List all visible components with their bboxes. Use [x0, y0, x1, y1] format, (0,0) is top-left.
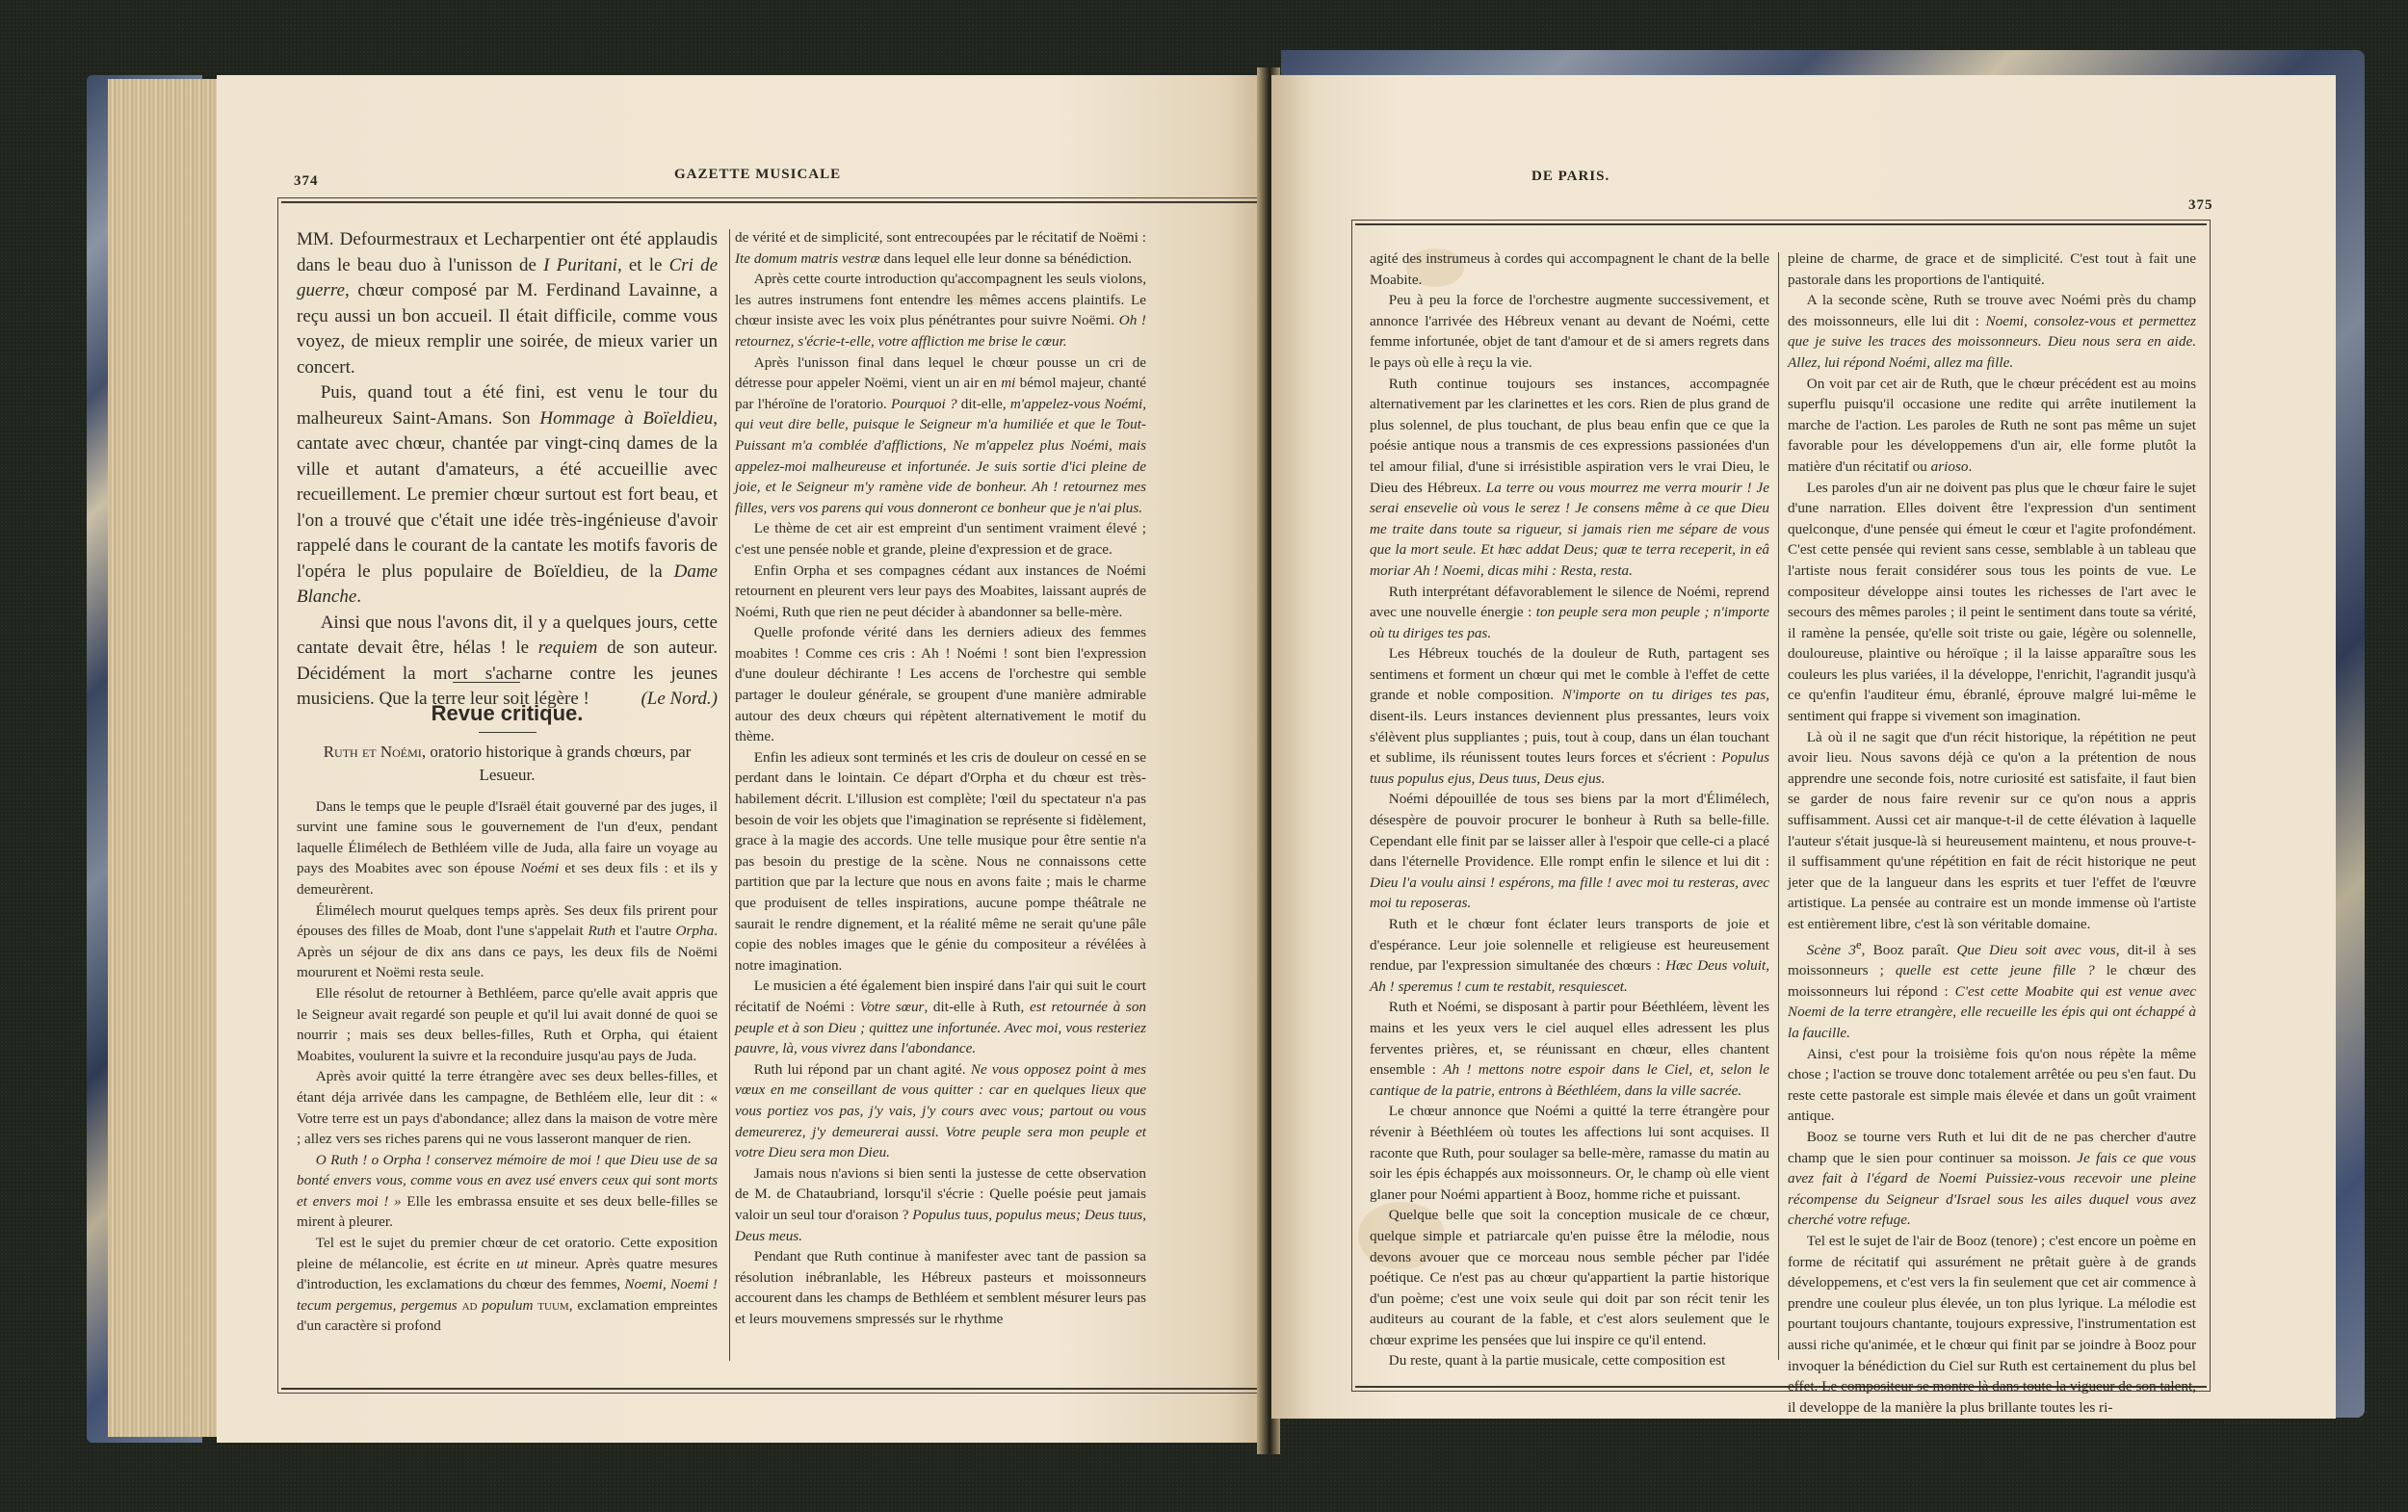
separator-rule: [453, 682, 520, 683]
heading-dash: [479, 732, 537, 733]
paragraph: Ruth continue toujours ses instances, ac…: [1370, 374, 1769, 582]
section-heading-revue-critique: Revue critique.: [297, 703, 718, 724]
paragraph: Puis, quand tout a été fini, est venu le…: [297, 380, 718, 611]
paragraph: A la seconde scène, Ruth se trouve avec …: [1788, 290, 2196, 373]
paragraph: agité des instrumeus à cordes qui accomp…: [1370, 248, 1769, 290]
paragraph: Le thème de cet air est empreint d'un se…: [735, 518, 1146, 560]
paragraph: Ainsi, c'est pour la troisième fois qu'o…: [1788, 1044, 2196, 1127]
column-rule-right: [1778, 252, 1779, 1360]
paragraph: Ruth interprétant défavorablement le sil…: [1370, 582, 1769, 644]
paragraph: Après avoir quitté la terre étrangère av…: [297, 1066, 718, 1149]
paragraph: Les Hébreux touchés de la douleur de Rut…: [1370, 643, 1769, 789]
paragraph: Ruth et Noémi, se disposant à partir pou…: [1370, 997, 1769, 1101]
column-rule-left: [729, 229, 730, 1361]
paragraph: Ruth et le chœur font éclater leurs tran…: [1370, 914, 1769, 997]
paragraph: Pendant que Ruth continue à manifester a…: [735, 1246, 1146, 1329]
paragraph: Noémi dépouillée de tous ses biens par l…: [1370, 789, 1769, 914]
paragraph: Élimélech mourut quelques temps après. S…: [297, 900, 718, 983]
paragraph: Enfin Orpha et ses compagnes cédant aux …: [735, 560, 1146, 623]
paragraph: Tel est le sujet de l'air de Booz (tenor…: [1788, 1231, 2196, 1418]
paragraph: Jamais nous n'avions si bien senti la ju…: [735, 1163, 1146, 1246]
right-page-column-1: agité des instrumeus à cordes qui accomp…: [1370, 248, 1769, 1371]
left-page-column-1: MM. Defourmestraux et Lecharpentier ont …: [297, 227, 718, 713]
running-head-right: DE PARIS.: [1531, 169, 1610, 185]
paragraph: Du reste, quant à la partie musicale, ce…: [1370, 1350, 1769, 1371]
paragraph: Là où il ne sagit que d'un récit histori…: [1788, 727, 2196, 935]
paragraph: MM. Defourmestraux et Lecharpentier ont …: [297, 227, 718, 380]
paragraph: Elle résolut de retourner à Bethléem, pa…: [297, 983, 718, 1066]
paragraph: Le chœur annonce que Noémi a quitté la t…: [1370, 1101, 1769, 1205]
page-edges-stack: [108, 79, 219, 1437]
page-number-left: 374: [294, 173, 319, 190]
paragraph: Après l'unisson final dans lequel le chœ…: [735, 352, 1146, 519]
paragraph: Après cette courte introduction qu'accom…: [735, 269, 1146, 352]
paragraph: O Ruth ! o Orpha ! conservez mémoire de …: [297, 1150, 718, 1233]
paragraph: On voit par cet air de Ruth, que le chœu…: [1788, 374, 2196, 478]
running-head-left: GAZETTE MUSICALE: [674, 167, 841, 183]
paragraph: Le musicien a été également bien inspiré…: [735, 976, 1146, 1058]
left-page-column-2: de vérité et de simplicité, sont entreco…: [735, 227, 1146, 1329]
paragraph: Les paroles d'un air ne doivent pas plus…: [1788, 478, 2196, 727]
work-title: Ruth et Noémi, oratorio historique à gra…: [297, 741, 718, 787]
paragraph: de vérité et de simplicité, sont entreco…: [735, 227, 1146, 269]
right-page-column-2: pleine de charme, de grace et de simplic…: [1788, 248, 2196, 1418]
paragraph: Ruth lui répond par un chant agité. Ne v…: [735, 1059, 1146, 1163]
paragraph: Booz se tourne vers Ruth et lui dit de n…: [1788, 1127, 2196, 1231]
paragraph: Quelque belle que soit la conception mus…: [1370, 1205, 1769, 1350]
paragraph: Tel est le sujet du premier chœur de cet…: [297, 1233, 718, 1337]
paragraph: Peu à peu la force de l'orchestre augmen…: [1370, 290, 1769, 373]
paragraph: Quelle profonde vérité dans les derniers…: [735, 622, 1146, 747]
paragraph: Enfin les adieux sont terminés et les cr…: [735, 747, 1146, 977]
paragraph: Dans le temps que le peuple d'Israël éta…: [297, 796, 718, 900]
left-page-column-1-review: Revue critique. Ruth et Noémi, oratorio …: [297, 695, 718, 1337]
page-number-right: 375: [2188, 197, 2213, 214]
paragraph: pleine de charme, de grace et de simplic…: [1788, 248, 2196, 290]
paragraph: Scène 3e, Booz paraît. Que Dieu soit ave…: [1788, 935, 2196, 1044]
